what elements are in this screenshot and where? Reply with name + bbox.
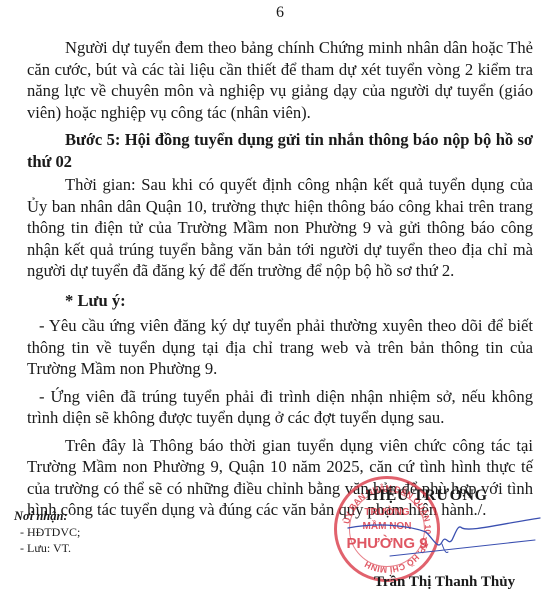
recipients-title: Nơi nhận: [14, 508, 80, 524]
recipient-item: - HĐTDVC; [14, 524, 80, 540]
note-title: * Lưu ý: [27, 290, 533, 312]
recipients-block: Nơi nhận: - HĐTDVC; - Lưu: VT. [14, 508, 80, 556]
signer-title: HIỆU TRƯỞNG [366, 487, 488, 505]
recipient-item: - Lưu: VT. [14, 540, 80, 556]
stamp-line-1: TRƯỜNG [337, 507, 437, 518]
note-item: - Yêu cầu ứng viên đăng ký dự tuyển phải… [27, 315, 533, 380]
step-5-heading: Bước 5: Hội đồng tuyển dụng gửi tin nhắn… [27, 129, 533, 172]
signer-name: Trần Thị Thanh Thủy [374, 574, 515, 591]
stamp-line-2: MẦM NON [337, 521, 437, 532]
paragraph-step-5-time: Thời gian: Sau khi có quyết định công nh… [27, 174, 533, 282]
signature-block: ỦY BAN NHÂN DÂN QUẬN 10 - TP. HỒ CHÍ MIN… [330, 470, 560, 599]
stamp-line-3: PHƯỜNG 9 [337, 535, 437, 552]
note-item: - Ứng viên đã trúng tuyển phải đi trình … [27, 386, 533, 429]
paragraph-id-requirements: Người dự tuyển đem theo bảng chính Chứng… [27, 37, 533, 123]
document-body: Người dự tuyển đem theo bảng chính Chứng… [27, 37, 533, 521]
page-number: 6 [0, 4, 560, 22]
